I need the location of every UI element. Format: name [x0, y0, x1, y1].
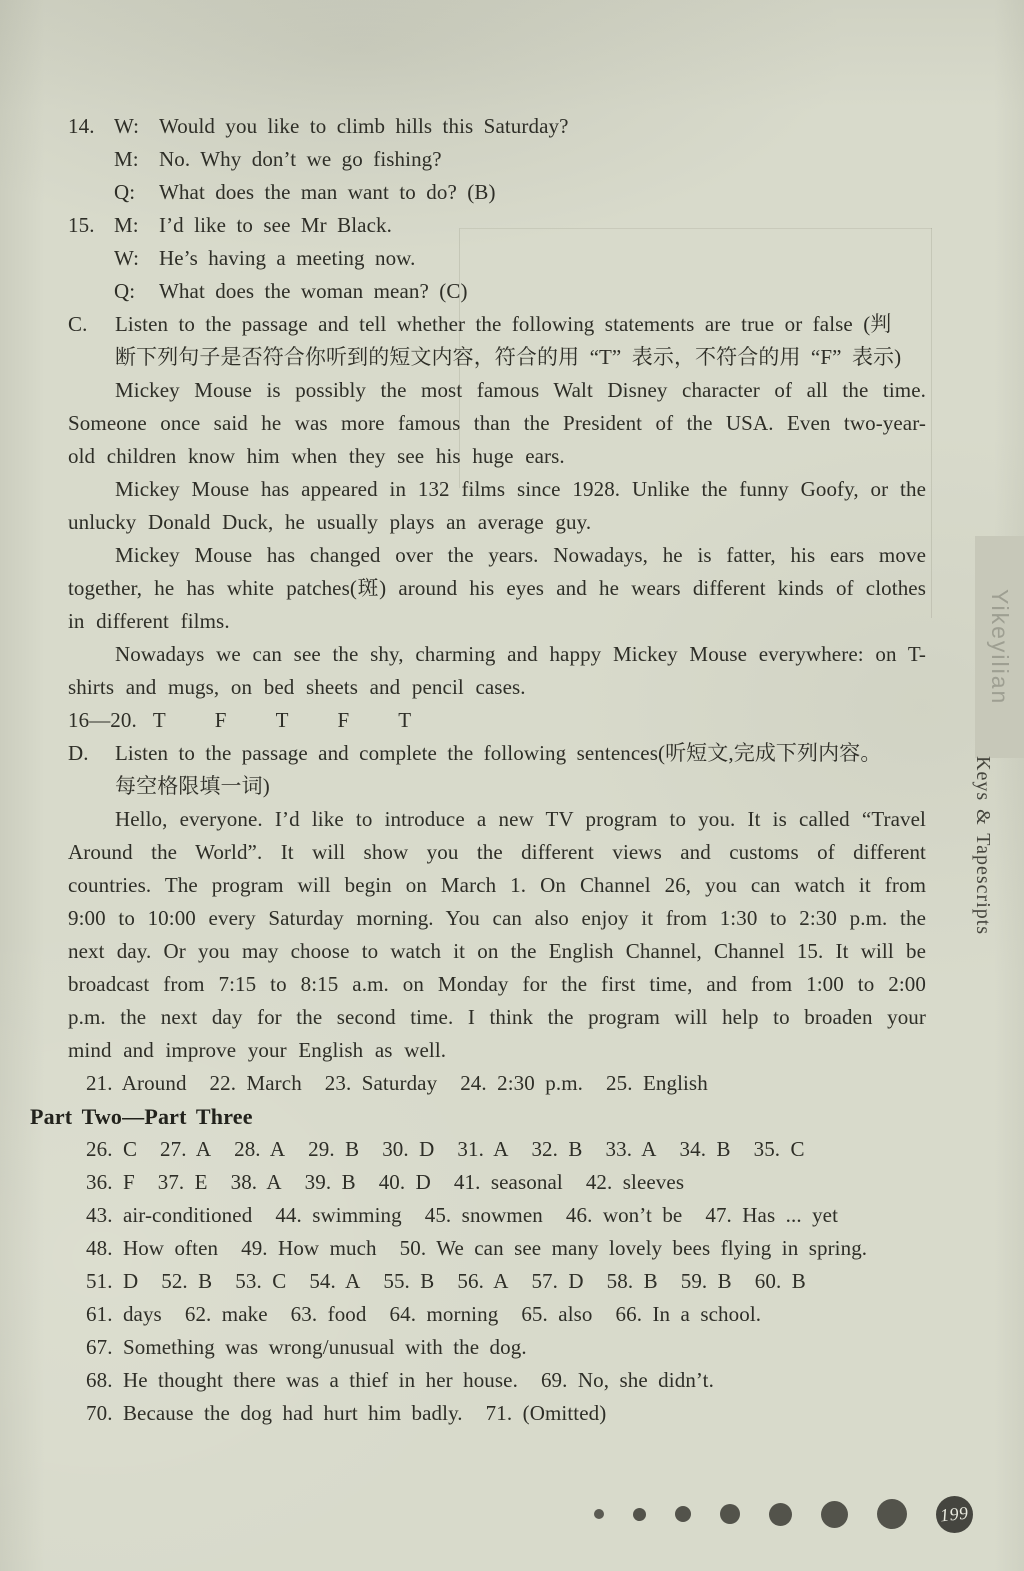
dialogue-line: 14. W: Would you like to climb hills thi… — [68, 110, 926, 143]
dot — [633, 1508, 646, 1521]
answer-item: 47. Has ... yet — [705, 1199, 838, 1232]
bleed-artifact — [931, 228, 932, 618]
dialogue-line: 15. M: I’d like to see Mr Black. — [68, 209, 926, 242]
passage-paragraph: Mickey Mouse is possibly the most famous… — [68, 374, 926, 473]
answer-item: 66. In a school. — [616, 1298, 762, 1331]
dot — [720, 1504, 740, 1524]
speaker-label: W: — [114, 110, 159, 143]
answer-item: 70. Because the dog had hurt him badly. — [86, 1397, 463, 1430]
book-page: 14. W: Would you like to climb hills thi… — [0, 0, 1024, 1571]
speaker-label: M: — [114, 209, 159, 242]
answer-item: 41. seasonal — [454, 1166, 563, 1199]
answer-line: 61. days62. make63. food64. morning65. a… — [86, 1298, 926, 1331]
speaker-label: W: — [114, 242, 159, 275]
passage-paragraph: Mickey Mouse has changed over the years.… — [68, 539, 926, 638]
answer-line: 51. D52. B53. C54. A55. B56. A57. D58. B… — [86, 1265, 926, 1298]
dialogue-text: No. Why don’t we go fishing? — [159, 143, 442, 176]
answer-item: 59. B — [681, 1265, 732, 1298]
answer-line: 70. Because the dog had hurt him badly.7… — [86, 1397, 926, 1430]
answer-item: 68. He thought there was a thief in her … — [86, 1364, 518, 1397]
dot — [769, 1503, 792, 1526]
section-d-instruction: D. Listen to the passage and complete th… — [68, 737, 926, 803]
answer-item: 53. C — [235, 1265, 286, 1298]
answer-item: 31. A — [457, 1133, 508, 1166]
answer-item: 46. won’t be — [566, 1199, 682, 1232]
section-label: C. — [68, 308, 115, 374]
section-label: D. — [68, 737, 115, 803]
answer-item: 69. No, she didn’t. — [541, 1364, 714, 1397]
answer-item: 36. F — [86, 1166, 135, 1199]
answer-item: 62. make — [185, 1298, 268, 1331]
answer-item: F — [338, 708, 350, 732]
instruction-line: 每空格限填一词) — [115, 774, 270, 798]
sidebar-series-band: Yikeyilian — [975, 536, 1024, 758]
answer-line: 67. Something was wrong/unusual with the… — [86, 1331, 926, 1364]
answer-item: 61. days — [86, 1298, 162, 1331]
part-heading: Part Two—Part Three — [30, 1100, 926, 1133]
answers-16-20: 16—20. TFTFT — [68, 704, 926, 737]
dot — [821, 1501, 848, 1528]
dialogue-text: He’s having a meeting now. — [159, 242, 415, 275]
answer-item: 57. D — [531, 1265, 583, 1298]
answer-item: 64. morning — [390, 1298, 499, 1331]
item-number: 15. — [68, 209, 114, 242]
answer-item: 52. B — [161, 1265, 212, 1298]
instruction-line: 断下列句子是否符合你听到的短文内容，符合的用 “T” 表示，不符合的用 “F” … — [115, 345, 901, 369]
dot — [594, 1509, 604, 1519]
sidebar-section-label: Keys & Tapescripts — [971, 756, 994, 1006]
answer-item: 49. How much — [241, 1232, 377, 1265]
answer-item: 35. C — [754, 1133, 805, 1166]
page-number: 199 — [939, 1502, 970, 1526]
answer-range-label: 16—20. — [68, 704, 137, 737]
dot — [877, 1499, 907, 1529]
answer-item: 54. A — [309, 1265, 360, 1298]
answer-item: 30. D — [382, 1133, 434, 1166]
answers-21-25: 21. Around22. March23. Saturday24. 2:30 … — [86, 1067, 926, 1100]
answer-item: T — [153, 708, 166, 732]
dialogue-text: I’d like to see Mr Black. — [159, 209, 392, 242]
section-c-instruction: C. Listen to the passage and tell whethe… — [68, 308, 926, 374]
answer-item: 56. A — [457, 1265, 508, 1298]
answer-item: 39. B — [305, 1166, 356, 1199]
answer-item: 71. (Omitted) — [486, 1397, 607, 1430]
answer-item: 45. snowmen — [425, 1199, 543, 1232]
main-text-block: 14. W: Would you like to climb hills thi… — [68, 110, 926, 1430]
answer-line: 48. How often49. How much50. We can see … — [86, 1232, 926, 1265]
passage-paragraph: Hello, everyone. I’d like to introduce a… — [68, 803, 926, 1067]
answer-item: 22. March — [210, 1067, 302, 1100]
dialogue-line: Q: What does the man want to do? (B) — [68, 176, 926, 209]
answer-item: 28. A — [234, 1133, 285, 1166]
answer-item: 29. B — [308, 1133, 359, 1166]
answer-item: T — [276, 708, 289, 732]
passage-paragraph: Mickey Mouse has appeared in 132 films s… — [68, 473, 926, 539]
sidebar-series-label: Yikeyilian — [986, 589, 1013, 705]
answer-item: 38. A — [231, 1166, 282, 1199]
answer-item: 23. Saturday — [325, 1067, 437, 1100]
answer-item: 21. Around — [86, 1067, 187, 1100]
item-number — [68, 275, 114, 308]
dialogue-line: M: No. Why don’t we go fishing? — [68, 143, 926, 176]
speaker-label: Q: — [114, 275, 159, 308]
speaker-label: M: — [114, 143, 159, 176]
answer-item: 43. air-conditioned — [86, 1199, 252, 1232]
dialogue-line: W: He’s having a meeting now. — [68, 242, 926, 275]
dialogue-text: What does the man want to do? (B) — [159, 176, 496, 209]
answer-item: 60. B — [755, 1265, 806, 1298]
instruction-line: Listen to the passage and tell whether t… — [115, 312, 891, 336]
answer-line: 36. F37. E38. A39. B40. D41. seasonal42.… — [86, 1166, 926, 1199]
answer-item: 67. Something was wrong/unusual with the… — [86, 1331, 527, 1364]
instruction-line: Listen to the passage and complete the f… — [115, 741, 881, 765]
answer-item: T — [398, 708, 411, 732]
section-instruction-text: Listen to the passage and tell whether t… — [115, 308, 926, 374]
answer-item: 26. C — [86, 1133, 137, 1166]
page-number-dot: 199 — [936, 1496, 973, 1533]
dialogue-text: Would you like to climb hills this Satur… — [159, 110, 569, 143]
answer-item: 24. 2:30 p.m. — [460, 1067, 583, 1100]
answer-item: 32. B — [531, 1133, 582, 1166]
answer-item: 37. E — [158, 1166, 208, 1199]
answer-item: 63. food — [291, 1298, 367, 1331]
item-number — [68, 242, 114, 275]
dot — [675, 1506, 691, 1522]
item-number — [68, 143, 114, 176]
answer-item: 25. English — [606, 1067, 708, 1100]
answer-item: 58. B — [607, 1265, 658, 1298]
section-instruction-text: Listen to the passage and complete the f… — [115, 737, 926, 803]
dialogue-line: Q: What does the woman mean? (C) — [68, 275, 926, 308]
answer-item: 40. D — [379, 1166, 431, 1199]
answer-item: 51. D — [86, 1265, 138, 1298]
item-number — [68, 176, 114, 209]
answer-item: 55. B — [383, 1265, 434, 1298]
answer-line: 26. C27. A28. A29. B30. D31. A32. B33. A… — [86, 1133, 926, 1166]
answer-item: 65. also — [521, 1298, 592, 1331]
answer-line: 43. air-conditioned44. swimming45. snowm… — [86, 1199, 926, 1232]
answer-letters: TFTFT — [153, 704, 460, 737]
item-number: 14. — [68, 110, 114, 143]
footer-dots: 199 — [594, 1495, 973, 1533]
answer-item: 50. We can see many lovely bees flying i… — [400, 1232, 868, 1265]
speaker-label: Q: — [114, 176, 159, 209]
answer-item: F — [215, 708, 227, 732]
answer-item: 42. sleeves — [586, 1166, 684, 1199]
passage-paragraph: Nowadays we can see the shy, charming an… — [68, 638, 926, 704]
answer-item: 48. How often — [86, 1232, 218, 1265]
answer-item: 44. swimming — [275, 1199, 401, 1232]
answer-item: 33. A — [606, 1133, 657, 1166]
answer-item: 27. A — [160, 1133, 211, 1166]
answer-line: 68. He thought there was a thief in her … — [86, 1364, 926, 1397]
dialogue-text: What does the woman mean? (C) — [159, 275, 468, 308]
answer-item: 34. B — [680, 1133, 731, 1166]
